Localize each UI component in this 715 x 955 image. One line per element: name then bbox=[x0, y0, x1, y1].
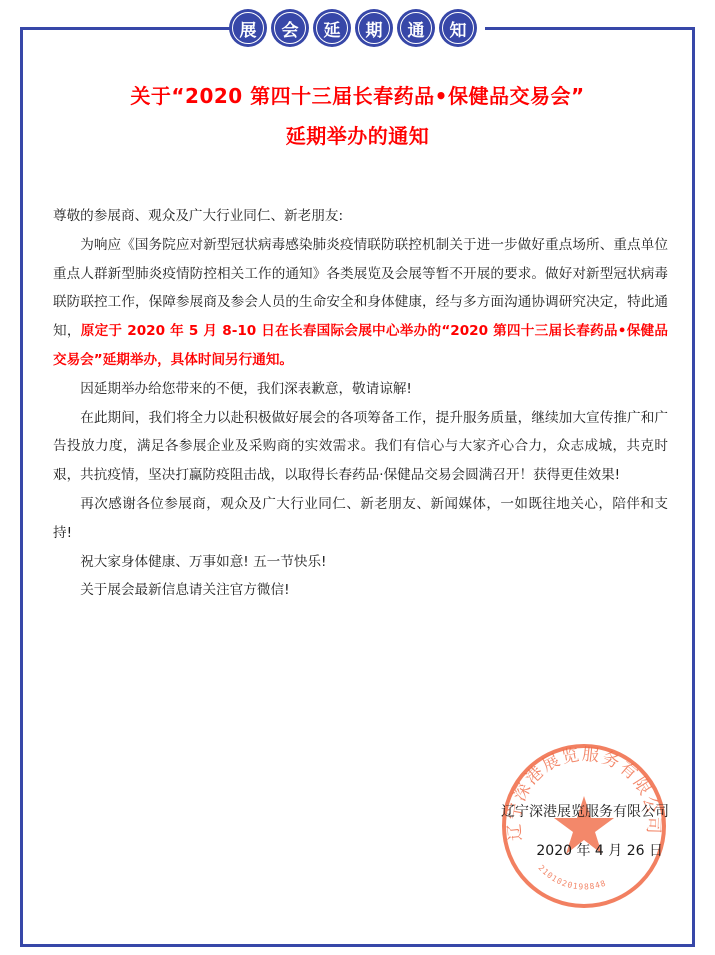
paragraph-wishes: 祝大家身体健康、万事如意! 五一节快乐! bbox=[53, 548, 668, 577]
header-badge: 通 bbox=[397, 9, 435, 47]
paragraph-wechat: 关于展会最新信息请关注官方微信! bbox=[53, 576, 668, 605]
signature-date: 2020 年 4 月 26 日 bbox=[536, 840, 663, 860]
company-seal-icon: 辽宁深港展览服务有限公司 2101020198848 bbox=[498, 740, 670, 912]
header-badge: 期 bbox=[355, 9, 393, 47]
header-badges: 展 会 延 期 通 知 bbox=[229, 9, 477, 47]
svg-text:2101020198848: 2101020198848 bbox=[536, 863, 607, 891]
paragraph-thanks: 再次感谢各位参展商，观众及广大行业同仁、新老朋友、新闻媒体，一如既往地关心，陪伴… bbox=[53, 490, 668, 548]
postponement-highlight: 原定于 2020 年 5 月 8-10 日在长春国际会展中心举办的“2020 第… bbox=[53, 323, 668, 368]
notice-title-line2: 延期举办的通知 bbox=[0, 120, 715, 149]
notice-title-line1: 关于“2020 第四十三届长春药品•保健品交易会” bbox=[0, 80, 715, 109]
paragraph-preparation: 在此期间，我们将全力以赴积极做好展会的各项筹备工作，提升服务质量，继续加大宣传推… bbox=[53, 404, 668, 490]
header-badge: 知 bbox=[439, 9, 477, 47]
header-badge: 延 bbox=[313, 9, 351, 47]
salutation: 尊敬的参展商、观众及广大行业同仁、新老朋友: bbox=[53, 202, 668, 231]
paragraph-main: 为响应《国务院应对新型冠状病毒感染肺炎疫情联防联控机制关于进一步做好重点场所、重… bbox=[53, 231, 668, 375]
notice-body: 尊敬的参展商、观众及广大行业同仁、新老朋友: 为响应《国务院应对新型冠状病毒感染… bbox=[53, 202, 668, 605]
frame-top-border-left bbox=[20, 27, 230, 30]
header-badge: 展 bbox=[229, 9, 267, 47]
signature-organization: 辽宁深港展览服务有限公司 bbox=[501, 801, 669, 821]
header-badge: 会 bbox=[271, 9, 309, 47]
paragraph-apology: 因延期举办给您带来的不便，我们深表歉意，敬请谅解! bbox=[53, 375, 668, 404]
frame-top-border-right bbox=[485, 27, 695, 30]
